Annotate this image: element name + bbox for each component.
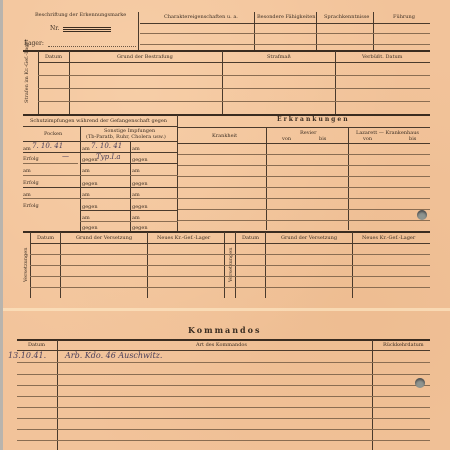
commandos-title: Kommandos <box>188 327 261 333</box>
other-vacc-date: 7. 10. 41 <box>91 142 122 150</box>
rule <box>38 62 430 63</box>
rule <box>23 198 178 199</box>
divider <box>38 51 39 115</box>
divider <box>57 340 58 450</box>
punch-hole <box>415 378 425 388</box>
col-smallpox: Pocken <box>44 131 62 137</box>
rule <box>178 127 430 128</box>
nr-line <box>63 31 111 32</box>
hospital-to: bis <box>409 136 416 142</box>
col-infirmary: Revier <box>300 130 317 136</box>
col-served-date: Verbüßt. Datum <box>362 54 402 60</box>
section-rule <box>17 339 430 341</box>
rule <box>178 143 430 144</box>
divider <box>222 51 223 114</box>
commando-date-1: 13.10.41. <box>8 351 46 360</box>
col-transfer-reason-2: Grund der Versetzung <box>281 235 337 241</box>
table-row <box>30 287 430 288</box>
vaccinations-title: Schutzimpfungen während der Gefangenscha… <box>30 118 167 124</box>
col-transfer-date-2: Datum <box>242 235 259 241</box>
result-label: Erfolg <box>23 203 39 209</box>
divider <box>335 51 336 114</box>
rule <box>23 175 178 176</box>
table-row <box>178 176 430 177</box>
table-row <box>38 101 430 102</box>
rule <box>140 44 430 45</box>
rule <box>23 187 178 188</box>
section-rule <box>23 231 430 233</box>
col-commando-date: Datum <box>28 342 45 348</box>
punch-hole <box>417 210 427 220</box>
on-label: am <box>23 168 31 174</box>
table-row <box>17 362 430 363</box>
nr-line <box>63 29 111 30</box>
rule <box>23 126 178 127</box>
col-transfer-date: Datum <box>37 235 54 241</box>
id-tag-label: Beschriftung der Erkennungsmarke <box>35 12 126 18</box>
divider <box>138 12 139 50</box>
result-label: Erfolg <box>23 180 39 186</box>
col-punishment-reason: Grund der Bestrafung <box>117 54 173 60</box>
rule <box>23 163 78 164</box>
col-illness: Krankheit <box>212 133 237 139</box>
col-commando-type: Art des Kommandos <box>196 342 247 348</box>
on-label: am <box>132 168 140 174</box>
col-other-sub: (Tb-Paratb, Ruhr, Cholera usw.) <box>86 134 166 140</box>
table-row <box>30 265 430 266</box>
table-row <box>17 407 430 408</box>
col-languages: Sprachkenntnisse <box>324 14 369 20</box>
col-sentence: Strafmaß <box>267 54 291 60</box>
on-label: am <box>82 168 90 174</box>
nr-label: Nr. <box>50 26 59 32</box>
divider <box>372 340 373 450</box>
table-row <box>17 418 430 419</box>
table-row <box>178 165 430 166</box>
table-row <box>38 75 430 76</box>
camp-field[interactable] <box>48 46 136 47</box>
table-row <box>178 154 430 155</box>
fold-line <box>3 308 450 311</box>
table-row <box>30 254 430 255</box>
nr-line <box>63 27 111 28</box>
col-transfer-reason: Grund der Versetzung <box>76 235 132 241</box>
section-rule <box>23 50 430 52</box>
rule <box>140 33 430 34</box>
divider <box>69 51 70 114</box>
table-row <box>38 88 430 89</box>
col-conduct: Führung <box>393 14 415 20</box>
col-character: Charaktereigenschaften u. a. <box>164 14 238 20</box>
rule <box>80 210 178 211</box>
rule <box>80 163 178 164</box>
table-row <box>17 440 430 441</box>
col-return-date: Rückkehrdatum <box>383 342 424 348</box>
table-row <box>178 187 430 188</box>
result-label: Erfolg <box>23 156 39 162</box>
transfers-side-label: Versetzungen <box>23 248 29 283</box>
divider <box>130 141 131 231</box>
table-row <box>17 374 430 375</box>
illnesses-title: Erkrankungen <box>277 117 350 123</box>
punishments-side-label: Strafen im Kr.-Gef.-Lager <box>24 53 30 103</box>
hospital-from: von <box>363 136 372 142</box>
table-row <box>17 385 430 386</box>
rule <box>30 243 430 244</box>
section-rule <box>23 114 430 116</box>
table-row <box>178 209 430 210</box>
col-date: Datum <box>45 54 62 60</box>
table-row <box>178 220 430 221</box>
col-abilities: Besondere Fähigkeiten <box>257 14 315 20</box>
other-vacc-against: Typ.I.a <box>96 153 121 161</box>
col-new-camp-2: Neues Kr.-Gef.-Lager <box>362 235 415 241</box>
infirmary-to: bis <box>319 136 326 142</box>
table-row <box>178 198 430 199</box>
smallpox-date: 7. 10. 41 <box>32 142 63 150</box>
commando-type-1: Arb. Kdo. 46 Auschwitz. <box>65 351 162 360</box>
table-row <box>30 276 430 277</box>
table-row <box>17 396 430 397</box>
divider <box>177 115 178 232</box>
smallpox-result: — <box>62 152 69 160</box>
rule <box>140 23 430 24</box>
infirmary-from: von <box>282 136 291 142</box>
table-row <box>17 429 430 430</box>
col-new-camp: Neues Kr.-Gef.-Lager <box>157 235 210 241</box>
rule <box>80 221 178 222</box>
pow-record-card <box>3 0 450 450</box>
